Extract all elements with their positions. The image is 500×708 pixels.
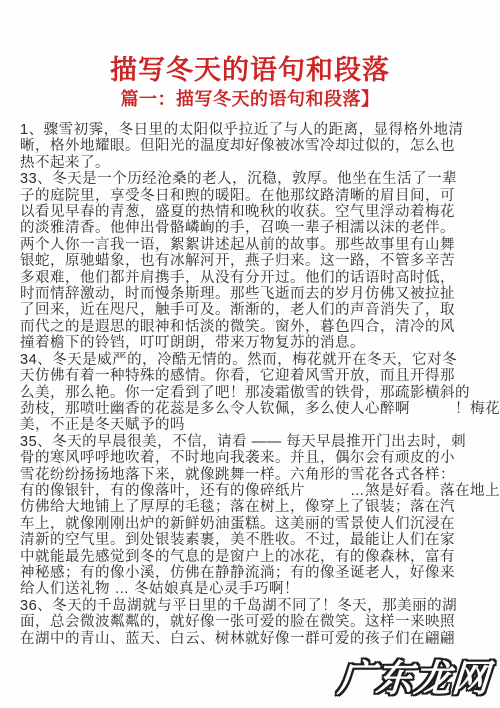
- page-subtitle: 篇一：描写冬天的语句和段落】: [0, 88, 500, 110]
- document-page: 描写冬天的语句和段落 篇一：描写冬天的语句和段落】 1、骤雪初霁，冬日里的太阳似…: [0, 0, 500, 708]
- paragraph: 33、冬天是一个历经沧桑的老人，沉稳，敦厚。他坐在生活了一辈子的庭院里，享受冬日…: [20, 171, 482, 351]
- paragraph: 36、冬天的千岛湖就与平日里的千岛湖不同了！冬天，那美丽的湖面，总会微波粼粼的，…: [20, 598, 482, 647]
- paragraph: 1、骤雪初霁，冬日里的太阳似乎拉近了与人的距离，显得格外地清晰，格外地耀眼。但阳…: [20, 122, 482, 171]
- watermark: 广东龙网: [336, 648, 492, 702]
- paragraph: 35、冬天的早晨很美，不信，请看 —— 每天早晨推开门出去时，刺骨的寒风呼呼地吹…: [20, 434, 482, 598]
- page-title: 描写冬天的语句和段落: [0, 55, 500, 85]
- paragraph: 34、冬天是威严的，冷酷无情的。然而，梅花就开在冬天，它对冬天仿佛有着一种特殊的…: [20, 352, 482, 434]
- body-text: 1、骤雪初霁，冬日里的太阳似乎拉近了与人的距离，显得格外地清晰，格外地耀眼。但阳…: [0, 122, 500, 647]
